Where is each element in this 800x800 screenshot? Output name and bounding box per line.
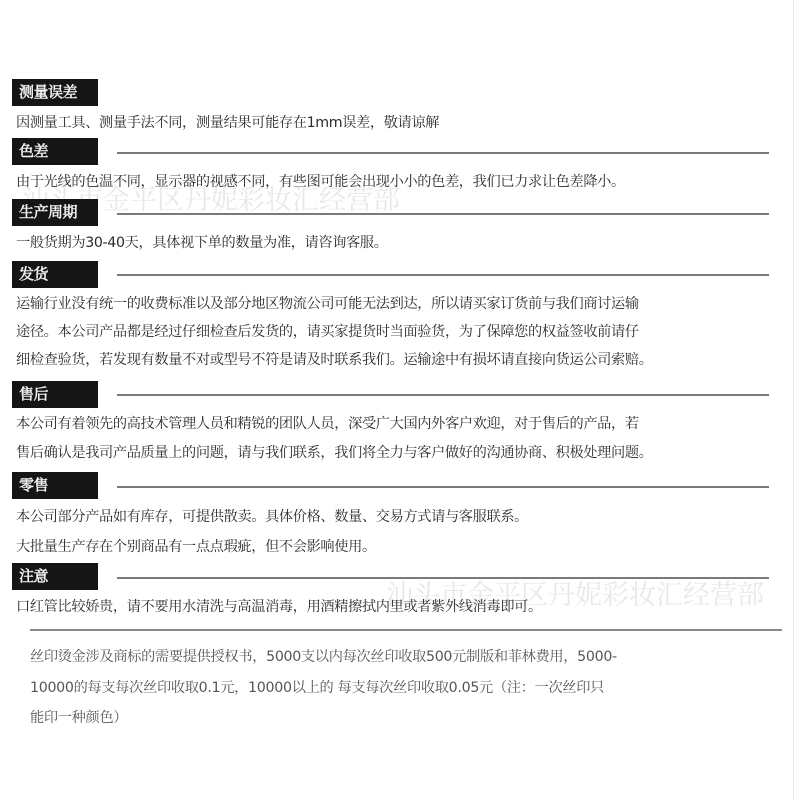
section-text: 售后确认是我司产品质量上的问题，请与我们联系，我们将全力与客户做好的沟通协商、积… [16, 443, 653, 463]
section-text: 本公司部分产品如有库存，可提供散卖。具体价格、数量、交易方式请与客服联系。 [16, 507, 528, 527]
section-rule [117, 213, 769, 215]
page-edge [793, 0, 794, 800]
section-rule [117, 486, 769, 488]
section-text: 因测量工具、测量手法不同，测量结果可能存在1mm误差，敬请谅解 [16, 113, 439, 133]
section-header-retail: 零售 [12, 472, 98, 499]
section-text: 运输行业没有统一的收费标准以及部分地区物流公司可能无法到达，所以请买家订货前与我… [16, 294, 639, 314]
section-header-shipping: 发货 [12, 261, 98, 288]
section-header-notice: 注意 [12, 563, 98, 590]
section-header-production-cycle: 生产周期 [12, 199, 98, 226]
section-rule [117, 274, 769, 276]
section-text: 本公司有着领先的高技术管理人员和精锐的团队人员，深受广大国内外客户欢迎，对于售后… [16, 414, 639, 434]
section-text: 口红管比较娇贵，请不要用水清洗与高温消毒，用酒精擦拭内里或者紫外线消毒即可。 [16, 597, 542, 617]
section-rule [117, 152, 769, 154]
section-rule [117, 577, 769, 579]
section-text: 途径。本公司产品都是经过仔细检查后发货的，请买家提货时当面验货，为了保障您的权益… [16, 322, 639, 342]
divider [30, 629, 782, 631]
section-rule [117, 394, 769, 396]
printing-note-text: 丝印烫金涉及商标的需要提供授权书，5000支以内每次丝印收取500元制版和菲林费… [30, 647, 617, 667]
section-text: 大批量生产存在个别商品有一点点瑕疵，但不会影响使用。 [16, 537, 376, 557]
printing-note-text: 能印一种颜色） [30, 708, 127, 728]
section-header-color-difference: 色差 [12, 138, 98, 165]
section-text: 一般货期为30-40天，具体视下单的数量为准，请咨询客服。 [16, 233, 388, 253]
section-text: 细检查验货，若发现有数量不对或型号不符是请及时联系我们。运输途中有损坏请直接向货… [16, 350, 653, 370]
section-header-after-sales: 售后 [12, 381, 98, 408]
section-header-measurement-error: 测量误差 [12, 79, 98, 106]
printing-note-text: 10000的每支每次丝印收取0.1元，10000以上的 每支每次丝印收取0.05… [30, 678, 604, 698]
section-text: 由于光线的色温不同，显示器的视感不同，有些图可能会出现小小的色差，我们已力求让色… [16, 172, 625, 192]
